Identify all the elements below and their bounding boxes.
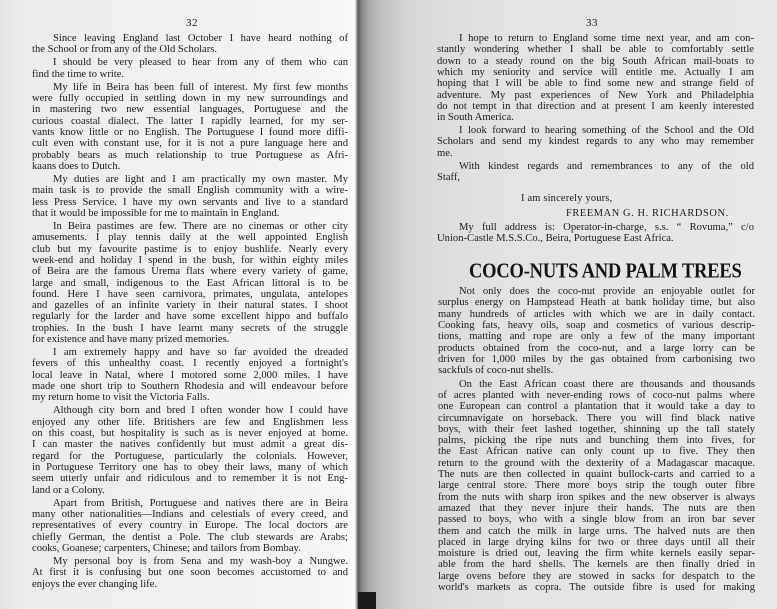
text-line: Since leaving England last October I hav…: [53, 33, 348, 45]
text-line: With kindest regards and remembrances to…: [459, 161, 754, 173]
book-gutter: [355, 0, 403, 609]
text-line: me.: [437, 148, 453, 160]
text-line: The nuts are then collected in quaint bu…: [438, 469, 755, 481]
text-line: down to a steady round on the big South …: [437, 56, 754, 68]
text-line: cult even with constant use, for it is n…: [32, 138, 348, 150]
text-line: made one short trip to Southern Rhodesia…: [32, 381, 348, 393]
text-line: them and catch the milk in large urns. T…: [438, 526, 755, 538]
text-line: world's markets as copra. The outside fi…: [438, 582, 755, 594]
text-line: Not only does the coco-nut provide an en…: [459, 286, 755, 298]
text-line: in Portuguese Territory one has to obey …: [32, 462, 348, 474]
text-line: circumnavigate on horseback. There you w…: [438, 413, 755, 425]
text-line: many hundreds of articles with which we …: [438, 309, 755, 321]
text-line: palms, picking the ripe nuts and bunchin…: [438, 435, 755, 447]
text-line: Scholars and send my kindest regards to …: [437, 136, 754, 148]
text-line: placed in large drying kilns for two or …: [438, 537, 755, 549]
text-line: amusements. I play tennis daily at the w…: [32, 232, 348, 244]
text-line: adventure. My past experiences of New Yo…: [437, 90, 754, 102]
text-line: I should be very pleased to hear from an…: [53, 57, 348, 69]
text-line: Cooking fats, heavy oils, soap and cosme…: [438, 320, 755, 332]
text-line: that it would be impossible for me to ma…: [32, 208, 279, 220]
text-line: large ovens before they are stowed in sa…: [438, 571, 755, 583]
text-line: land or a Colony.: [32, 485, 105, 497]
text-line: large central store. There more boys str…: [438, 480, 755, 492]
text-line: products obtained from the coco-nut, and…: [438, 343, 755, 355]
text-line: tions, matting and rope are only a few o…: [438, 331, 755, 343]
text-line: I am extremely happy and have so far avo…: [53, 347, 348, 359]
page-number: 32: [186, 17, 198, 29]
text-line: enjoys the ever changing life.: [32, 579, 157, 591]
text-line: of acres planted with never-ending rows …: [438, 390, 755, 402]
text-line: many other nationalities—Indians and cel…: [32, 509, 348, 521]
text-line: my return home to visit the Victoria Fal…: [32, 392, 209, 404]
text-line: hoping that I will be able to find some …: [437, 78, 754, 90]
text-line: fevers of this unhealthy coast. I recent…: [32, 358, 348, 370]
text-line: found. Here I have seen carnivora, prima…: [32, 289, 348, 301]
letter-signature: FREEMAN G. H. RICHARDSON.: [566, 208, 729, 219]
text-line: in South America.: [437, 112, 514, 124]
text-line: My personal boy is from Sena and my wash…: [53, 556, 348, 568]
text-line: stantly wondering whether I shall be abl…: [437, 44, 754, 56]
text-line: local leave in Natal, where I motored so…: [32, 370, 348, 382]
text-line: were fully occupied in settling down in …: [32, 93, 348, 105]
text-line: driven for 1,000 miles by the gas obtain…: [438, 354, 755, 366]
text-line: kaans does to Dutch.: [32, 161, 120, 173]
book-spread: 32 Since leaving England last October I …: [0, 0, 777, 609]
text-line: sackfuls of coco-nut shells.: [438, 365, 553, 377]
text-line: club but my favourite pastime is to enjo…: [32, 244, 348, 256]
text-line: large and small, indigenous to the East …: [32, 278, 348, 290]
text-line: in mastering two new essential languages…: [32, 104, 348, 116]
text-line: seem utterly unfair and ridiculous and t…: [32, 473, 348, 485]
text-line: vants know little or no English. The Por…: [32, 127, 348, 139]
text-line: At first it is confusing but one soon be…: [32, 567, 348, 579]
text-line: Union-Castle M.S.S.Co., Beira, Portugues…: [437, 233, 674, 245]
text-line: enjoyed any other life. Britishers are f…: [32, 417, 348, 429]
article-title: COCO-NUTS AND PALM TREES: [469, 260, 742, 284]
text-line: trophies. In the bush I have learnt many…: [32, 323, 348, 335]
text-line: moisture is dried out, leaving the firm …: [438, 548, 755, 560]
text-line: amazed that they never injure their hand…: [438, 503, 755, 515]
left-page: 32 Since leaving England last October I …: [0, 0, 355, 609]
text-line: week-end and holiday I spend in the bush…: [32, 255, 348, 267]
text-line: I look forward to hearing something of t…: [459, 125, 754, 137]
text-line: My life in Beira has been full of intere…: [53, 82, 348, 94]
text-line: the School or from any of the Old Schola…: [32, 44, 217, 56]
text-line: the East African native can only count u…: [438, 446, 755, 458]
text-line: I can master the natives confidently but…: [32, 439, 348, 451]
text-line: My full address is: Operator-in-charge, …: [459, 222, 754, 234]
text-line: representatives of every country in Euro…: [32, 520, 348, 532]
text-line: regularly for the larder and have some e…: [32, 311, 348, 323]
text-line: of Beira are the famous Urema flats wher…: [32, 266, 348, 278]
text-line: which my seniority and service will enti…: [437, 67, 754, 79]
text-line: cooks, Goanese; carpenters, Chinese; and…: [32, 543, 301, 555]
text-line: boys, with their feet lashed together, s…: [438, 424, 755, 436]
text-line: Although city born and bred I often wond…: [53, 405, 348, 417]
text-line: curious coastal dialect. The latter I ra…: [32, 116, 348, 128]
text-line: On the East African coast there are thou…: [459, 379, 755, 391]
text-line: main task is to provide the small Englis…: [32, 185, 348, 197]
text-line: regard for the Portuguese, particularly …: [32, 451, 348, 463]
text-line: passed to boys, who with a single blow f…: [438, 514, 755, 526]
text-line: on this coast, but hospitality is such a…: [32, 428, 348, 440]
text-line: from the nuts with sharp iron spikes and…: [438, 492, 755, 504]
text-line: do not tempt in that direction and at pr…: [437, 101, 754, 113]
text-line: return to the ground with the dexterity …: [438, 458, 755, 470]
text-line: My duties are light and I am practically…: [53, 174, 348, 186]
text-line: In Beira pastimes are few. There are no …: [53, 221, 348, 233]
book-spine-shadow: [358, 592, 376, 609]
text-line: chiefly German, the dentist a Pole. The …: [32, 532, 348, 544]
text-line: probably bears as much relationship to t…: [32, 150, 348, 162]
right-page: 33 I hope to return to England some time…: [403, 0, 777, 609]
text-line: less Press Service. I have my own servan…: [32, 197, 348, 209]
text-line: and gazelles of an infinite variety in t…: [32, 300, 348, 312]
text-line: Apart from British, Portuguese and nativ…: [53, 498, 348, 510]
text-line: I hope to return to England some time ne…: [459, 33, 754, 45]
text-line: Staff,: [437, 172, 460, 184]
text-line: one European can control a plantation th…: [438, 401, 755, 413]
letter-closing: I am sincerely yours,: [521, 193, 612, 204]
page-number: 33: [586, 17, 598, 29]
text-line: for existence and have many prized memor…: [32, 334, 229, 346]
text-line: able from the hard shells. The kernels a…: [438, 559, 755, 571]
text-line: surplus energy on Hampstead Heath at ban…: [438, 297, 755, 309]
text-line: find the time to write.: [32, 69, 124, 81]
